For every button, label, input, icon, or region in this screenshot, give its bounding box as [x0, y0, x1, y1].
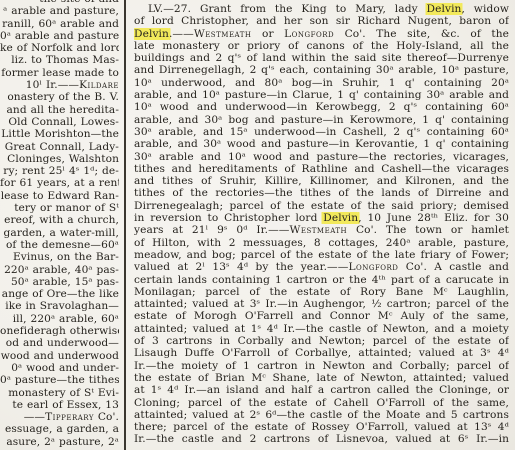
text-line: and all the heredita-	[0, 104, 119, 116]
text-line: in reversion to Christopher lord Delvin,…	[134, 212, 509, 224]
text-line: Monilagan; parcel of the estate of Rory …	[134, 286, 509, 298]
text-line: tithes and hereditaments of Rathline and…	[134, 163, 509, 175]
highlighted-term: Delvin	[323, 212, 358, 224]
text-line: attainted; valued at 2ˢ 6ᵈ—the castle of…	[134, 409, 509, 421]
text-line: and tithes of Sruhir, Killire, Killinome…	[134, 175, 509, 187]
text-line: arable, and 10ᵃ pasture—in Clarue, 1 q' …	[134, 89, 509, 101]
text-line: Ir.—the castle and 2 cartrons of Lisnevo…	[134, 433, 509, 445]
text-line: 220ᵃ arable, 40ᵃ pas-	[0, 264, 119, 276]
left-column-text: — the site of andᵃ arable and pasture,ra…	[0, 0, 119, 448]
text-line: od and underwood—	[0, 337, 119, 349]
highlighted-term: Delvin	[134, 28, 169, 40]
text-line: Evinus, on the Bar-	[0, 251, 119, 263]
text-line: attainted; valued at 3ˢ Ir.—in Aughengor…	[134, 298, 509, 310]
text-line: 10ᵃ underwood, and 80ᵃ bog—in Sruhir, 1 …	[134, 77, 509, 89]
text-line: essuage, a garden, a	[0, 423, 119, 435]
small-caps-text: Kildare	[79, 79, 119, 91]
main-column-text: LV.—27. Grant from the King to Mary, lad…	[134, 3, 509, 446]
text-line: tithes of the rectories—the tithes of th…	[134, 187, 509, 199]
text-line: Cloning; parcel of the estate of Cahell …	[134, 397, 509, 409]
text-line: ereof, with a church,	[0, 214, 119, 226]
text-line: of the demesne—60ᵃ	[0, 239, 119, 251]
small-caps-text: Westmeath	[289, 224, 347, 236]
text-line: ——Tipperary Co'.	[0, 411, 119, 423]
text-line: wood and underwood	[0, 350, 119, 362]
text-line: onastery of the B. V.	[0, 91, 119, 103]
text-line: late monastery or priory of canons of th…	[134, 40, 509, 52]
text-line: 30ᵃ arable, and 15ᵃ underwood—in Cashell…	[134, 126, 509, 138]
text-line: attainted; valued at 1ˢ 4ᵈ Ir.—the castl…	[134, 323, 509, 335]
text-line: Old Connall, Lowes-	[0, 116, 119, 128]
text-line: buildings and 2 q'ˢ of land within the s…	[134, 52, 509, 64]
text-line: valued at 2ˡ 13ˢ 4ᵈ by the year.——Longfo…	[134, 261, 509, 273]
text-line: Cloninges, Walshton	[0, 153, 119, 165]
text-line: Little Morishton—the	[0, 128, 119, 140]
small-caps-text: Westmeath	[194, 28, 252, 40]
text-line: ranill, 60ᵃ arable and	[0, 18, 119, 30]
text-line: former lease made to	[0, 67, 119, 79]
text-line: 30ᵃ arable and 10ᵃ wood and pasture—the …	[134, 151, 509, 163]
text-line: for 61 years, at a rent	[0, 177, 119, 189]
column-divider-rule	[124, 0, 126, 450]
text-line: Dirrenegealagh; parcel of the estate of …	[134, 200, 509, 212]
text-line: the estate of Brian Mᶜ Shane, late of Ne…	[134, 372, 509, 384]
text-line: lease to Edward Ran-	[0, 190, 119, 202]
scanned-document-page: — the site of andᵃ arable and pasture,ra…	[0, 0, 515, 450]
text-line: arable, and 30ᵃ wood and pasture—in Kero…	[134, 138, 509, 150]
small-caps-text: Longford	[348, 261, 398, 273]
text-line: tery or manor of Sᵗ	[0, 202, 119, 214]
text-line: asure, 2ᵃ pasture, 2ᵃ	[0, 436, 119, 448]
text-line: LV.—27. Grant from the King to Mary, lad…	[134, 3, 509, 15]
text-line: 0ᵃ arable and pasture,	[0, 30, 119, 42]
small-caps-text: Tipperary	[45, 411, 94, 423]
text-line: 50ᵃ arable, 15ᵃ pas-	[0, 276, 119, 288]
text-line: Lisaugh Duffe O'Farroll of Corballye, at…	[134, 347, 509, 359]
text-line: years at 21ˡ 9ˢ 0ᵈ Ir.——Westmeath Co'. T…	[134, 224, 509, 236]
text-line: onefideragh otherwise	[0, 325, 119, 337]
text-line: monastery of Sᵗ Evi-	[0, 387, 119, 399]
text-line: and Dirrenegellagh, 2 q'ˢ each, containi…	[134, 64, 509, 76]
text-line: ange of Ore—the like	[0, 288, 119, 300]
text-line: 10ˡ Ir.——Kildare	[0, 79, 119, 91]
text-line: at 1ˢ 4ᵈ Ir.—an island and half a cartro…	[134, 384, 509, 396]
text-line: liz. to Thomas Mas-	[0, 54, 119, 66]
text-line: te earl of Essex, 13	[0, 399, 119, 411]
small-caps-text: Longford	[284, 28, 334, 40]
text-line: of 3 cartrons in Corbally and Newton; pa…	[134, 335, 509, 347]
text-line: of Hilton, with 2 messuages, 8 cottages,…	[134, 237, 509, 249]
text-line: arable, and 30ᵃ bog and pasture—in Kerow…	[134, 114, 509, 126]
text-line: ry; rent 25ˡ 4ˢ 1ᵈ; de-	[0, 165, 119, 177]
text-line: there; parcel of the estate of Rossey O'…	[134, 421, 509, 433]
text-line: ᵃ arable and pasture,	[0, 5, 119, 17]
text-line: Great Connall, Lady-	[0, 141, 119, 153]
text-line: ke of Norfolk and lord	[0, 42, 119, 54]
highlighted-term: Delvin	[427, 3, 462, 15]
text-line: 10ᵃ wood and underwood—in Kerowbegg, 2 q…	[134, 101, 509, 113]
text-line: of lord Christopher, and her son sir Ric…	[134, 15, 509, 27]
text-line: estate of Morogh O'Farrell and Connor Mᶜ…	[134, 310, 509, 322]
text-line: Delvin.——Westmeath or Longford Co'. The …	[134, 28, 509, 40]
text-line: ike in Sravolaghan—	[0, 300, 119, 312]
text-line: certain lands containing 1 cartron or th…	[134, 274, 509, 286]
text-line: 0ᵃ pasture—the tithes	[0, 374, 119, 386]
text-line: meadow, and bog; parcel of the estate of…	[134, 249, 509, 261]
text-line: ill, 220ᵃ arable, 60ᵃ	[0, 313, 119, 325]
text-line: 0ᵃ wood and under-	[0, 362, 119, 374]
text-line: garden, a water-mill,	[0, 227, 119, 239]
text-line: Ir.—the moiety of 1 cartron in Newton an…	[134, 360, 509, 372]
